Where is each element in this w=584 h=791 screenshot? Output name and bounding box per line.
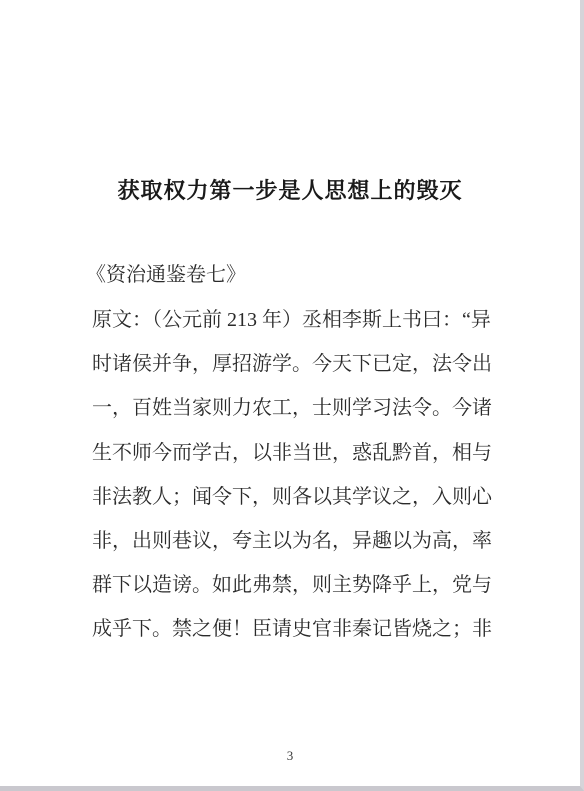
body-line: 时诸侯并争，厚招游学。今天下已定，法令出 bbox=[92, 342, 490, 386]
document-page: 获取权力第一步是人思想上的毁灭 《资治通鉴卷七》 原文：（公元前 213 年）丞… bbox=[0, 0, 584, 791]
body-line: 群下以造谤。如此弗禁，则主势降乎上，党与 bbox=[92, 563, 490, 607]
body-line: 成乎下。禁之便！臣请史官非秦记皆烧之；非 bbox=[92, 607, 490, 651]
page-title: 获取权力第一步是人思想上的毁灭 bbox=[0, 169, 580, 213]
body-line: 非，出则巷议，夸主以为名，异趣以为高，率 bbox=[92, 519, 490, 563]
body-line: 生不师今而学古，以非当世，惑乱黔首，相与 bbox=[92, 431, 490, 475]
body-paragraph: 原文：（公元前 213 年）丞相李斯上书曰：“异 时诸侯并争，厚招游学。今天下已… bbox=[92, 298, 490, 652]
source-citation: 《资治通鉴卷七》 bbox=[86, 253, 246, 297]
body-line: 非法教人；闻令下，则各以其学议之，入则心 bbox=[92, 475, 490, 519]
body-line: 原文：（公元前 213 年）丞相李斯上书曰：“异 bbox=[92, 298, 490, 342]
page-number: 3 bbox=[0, 746, 580, 766]
body-line: 一，百姓当家则力农工，士则学习法令。今诸 bbox=[92, 386, 490, 430]
